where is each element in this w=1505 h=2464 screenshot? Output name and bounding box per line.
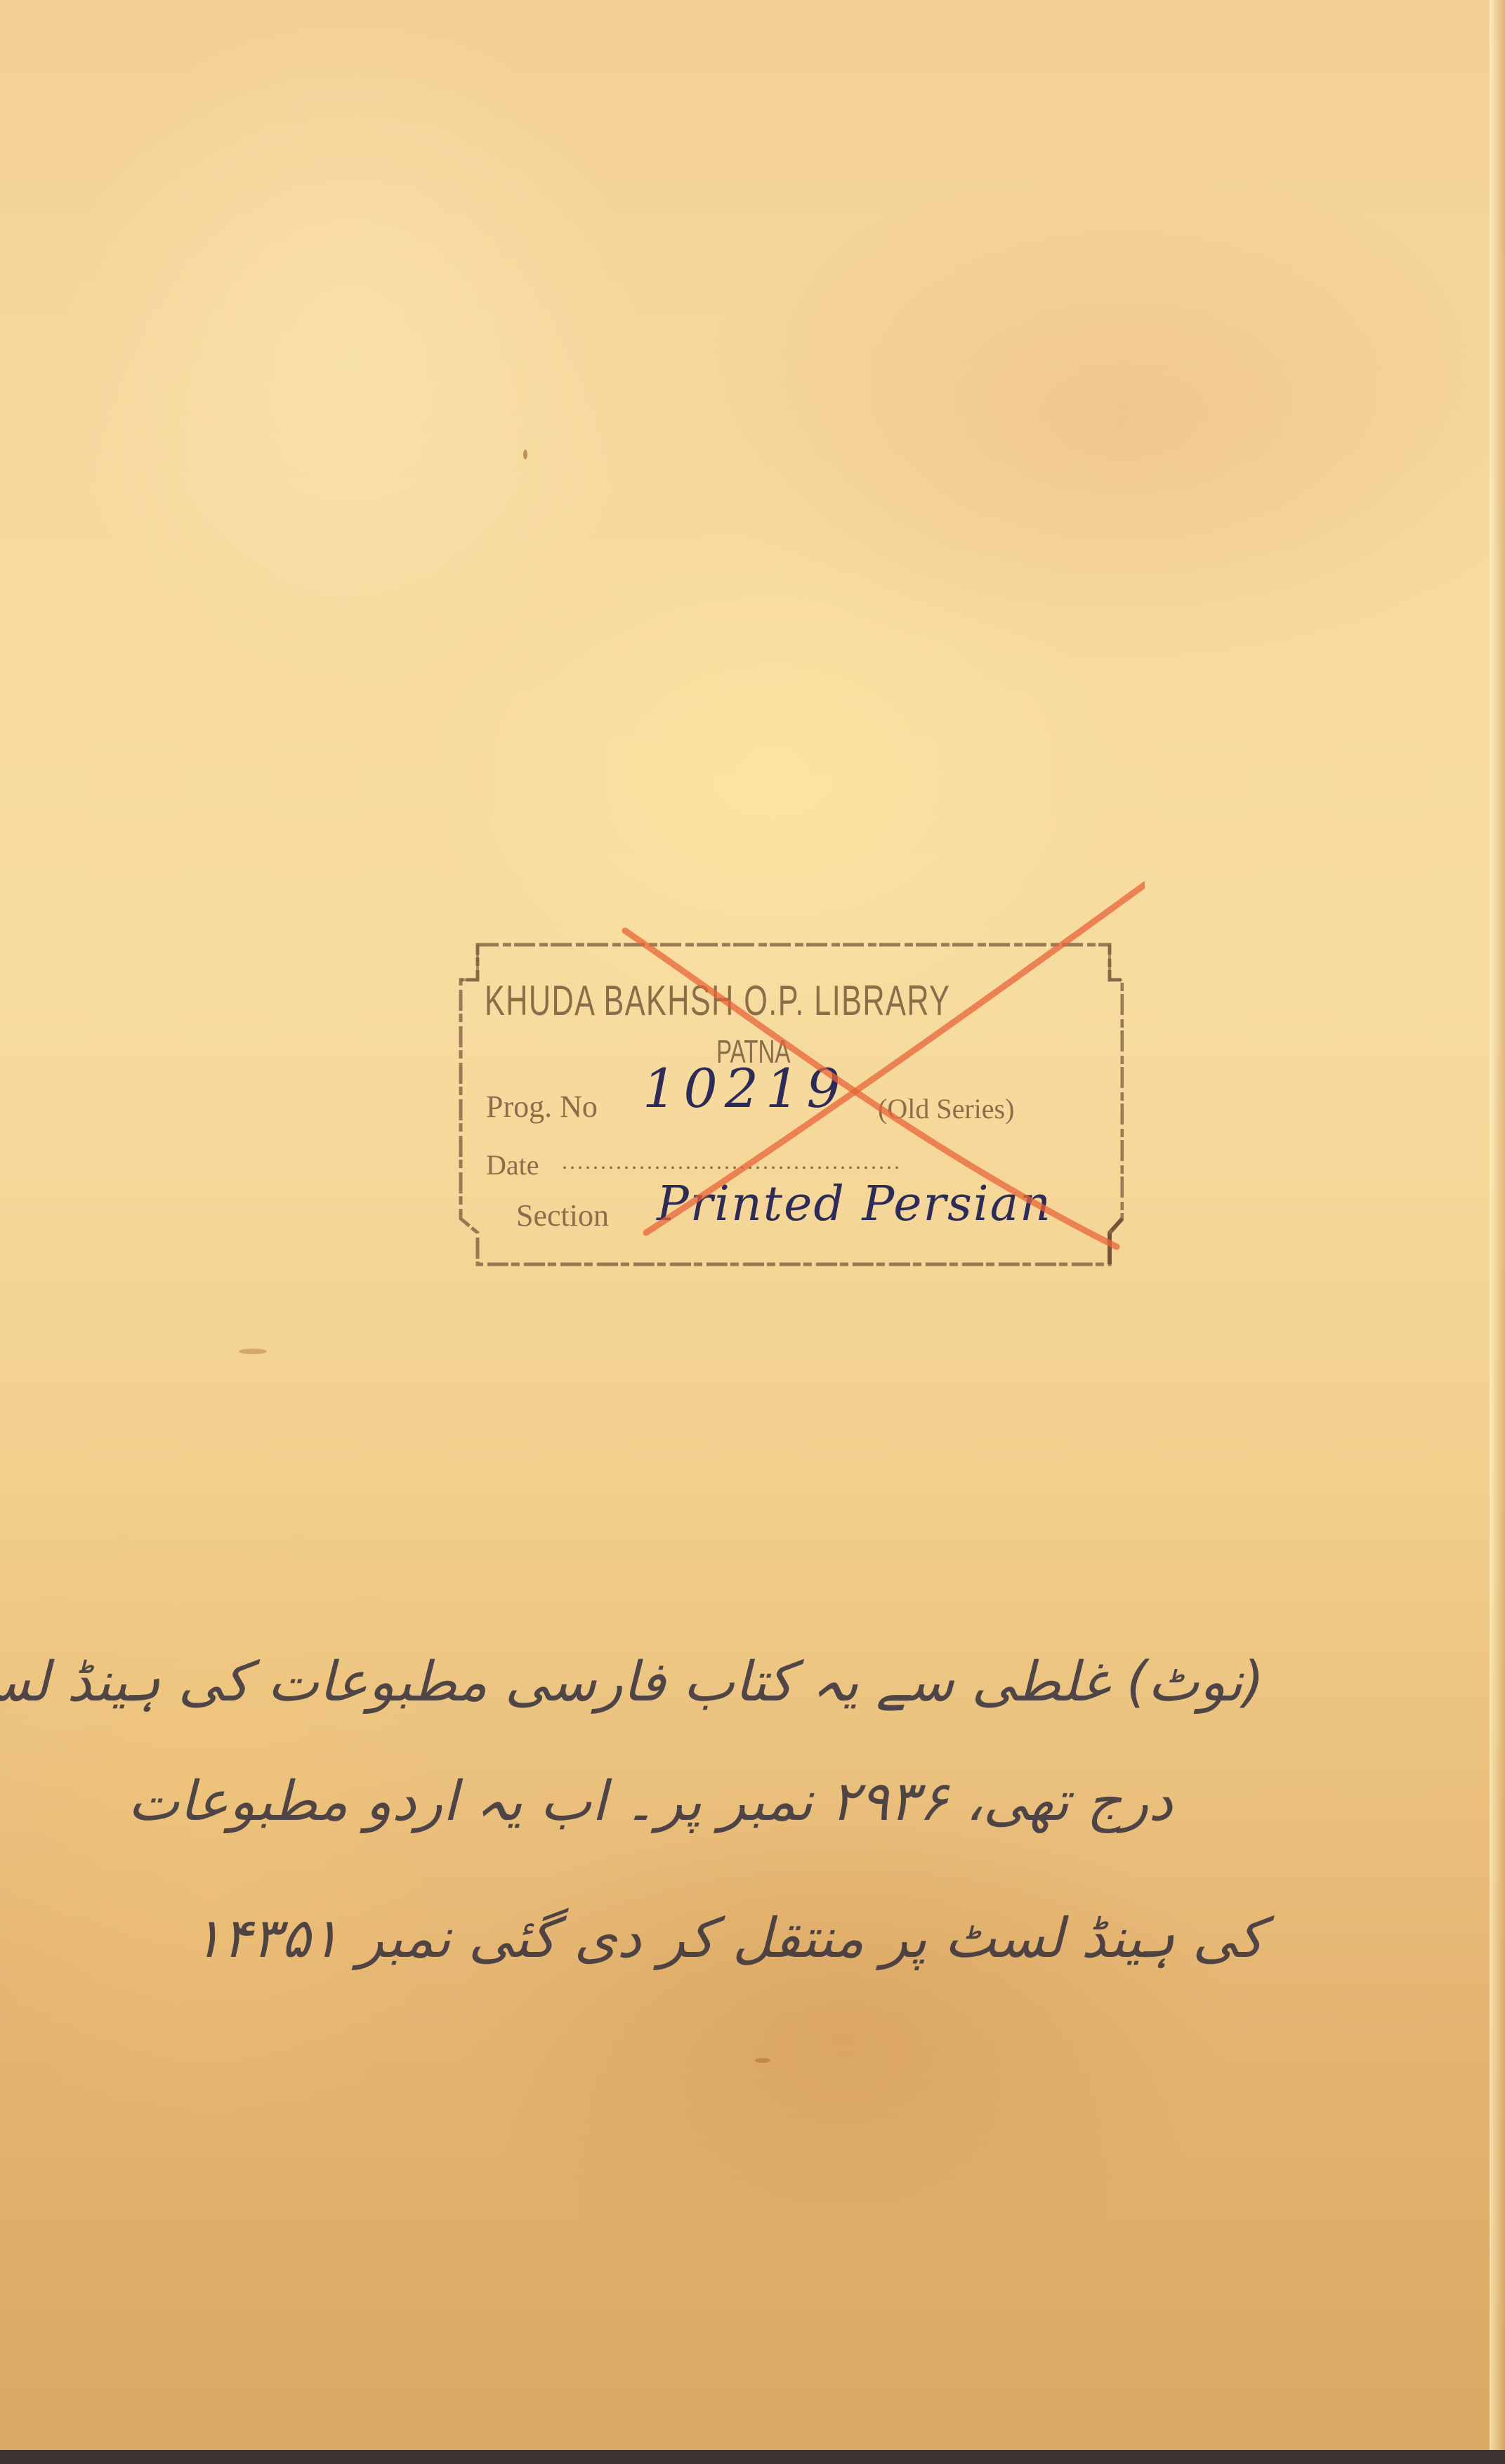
section-value-handwritten: Printed Persian xyxy=(657,1177,1052,1232)
stamp-section-label: Section xyxy=(516,1198,609,1233)
stamp-series-label: (Old Series) xyxy=(878,1092,1014,1125)
prog-number-handwritten: 10219 xyxy=(643,1057,848,1120)
ink-speck xyxy=(523,450,527,459)
note-line: کی ہینڈ لسٹ پر منتقل کر دی گئی نمبر ۱۴۳۵… xyxy=(192,1907,1264,1970)
note-line: درج تھی، ۲۹۳۶ نمبر پر۔ اب یہ اردو مطبوعا… xyxy=(128,1770,1173,1833)
stamp-date-label: Date xyxy=(486,1148,539,1181)
note-line: (نوٹ) غلطی سے یہ کتاب فارسی مطبوعات کی ہ… xyxy=(0,1651,1264,1714)
ink-speck xyxy=(755,2058,770,2063)
stamp-library-name: KHUDA BAKHSH O.P. LIBRARY xyxy=(485,976,950,1025)
scan-bottom-edge xyxy=(0,2450,1505,2464)
ink-speck xyxy=(239,1349,267,1354)
book-endpaper-page: KHUDA BAKHSH O.P. LIBRARY PATNA Prog. No… xyxy=(0,0,1505,2451)
library-stamp: KHUDA BAKHSH O.P. LIBRARY PATNA Prog. No… xyxy=(456,938,1124,1268)
stamp-date-value: ........................................… xyxy=(562,1148,902,1174)
stamp-prog-label: Prog. No xyxy=(486,1089,598,1125)
